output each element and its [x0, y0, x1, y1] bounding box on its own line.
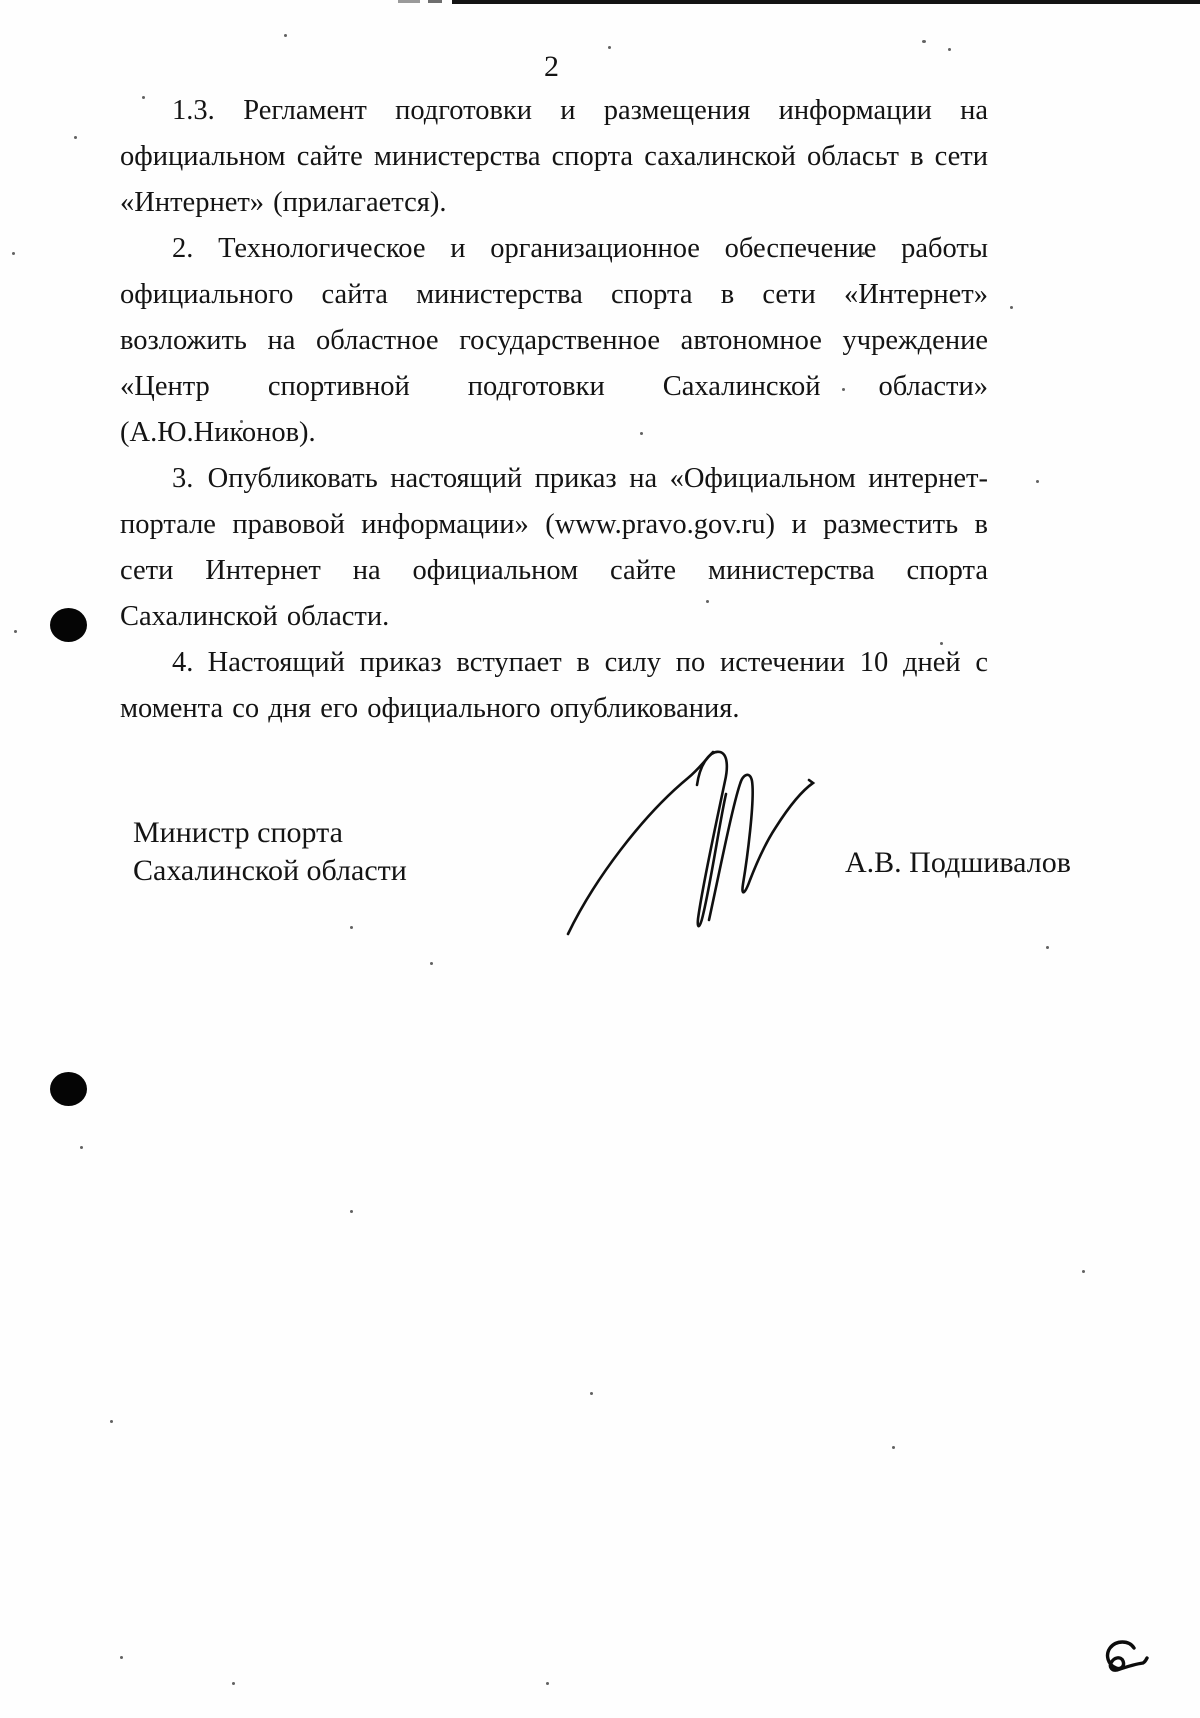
scan-speckle: [74, 136, 77, 139]
scan-speckle: [110, 1420, 113, 1423]
scan-speckle: [922, 40, 926, 43]
paragraph-3: 3. Опубликовать настоящий приказ на «Офи…: [120, 456, 988, 640]
scan-speckle: [142, 96, 145, 99]
scan-speckle: [12, 252, 15, 255]
scan-speckle: [762, 662, 765, 665]
paragraph-1-3: 1.3. Регламент подготовки и размещения и…: [120, 88, 988, 226]
punch-hole-mark: [50, 1072, 87, 1106]
scan-speckle: [608, 46, 611, 49]
signatory-title: Министр спорта Сахалинской области: [133, 814, 407, 890]
scan-speckle: [1046, 946, 1049, 949]
handwritten-page-number: [1098, 1638, 1152, 1684]
scan-speckle: [892, 1446, 895, 1449]
scan-edge-artifact: [398, 0, 420, 3]
scan-edge-artifact: [428, 0, 442, 3]
scan-speckle: [842, 388, 845, 391]
paragraph-4: 4. Настоящий приказ вступает в силу по и…: [120, 640, 988, 732]
scan-speckle: [120, 1656, 123, 1659]
scan-speckle: [1010, 306, 1013, 309]
scan-speckle: [232, 1682, 235, 1685]
signatory-name: А.В. Подшивалов: [845, 846, 1071, 880]
paragraph-2: 2. Технологическое и организационное обе…: [120, 226, 988, 456]
scan-speckle: [350, 1210, 353, 1213]
scan-speckle: [940, 642, 943, 645]
scan-speckle: [546, 1682, 549, 1685]
scanned-document-page: 2 1.3. Регламент подготовки и размещения…: [0, 0, 1200, 1718]
scan-speckle: [590, 1392, 593, 1395]
scan-speckle: [350, 926, 353, 929]
punch-hole-mark: [50, 608, 87, 642]
minister-signature-autograph: [550, 738, 820, 943]
scan-speckle: [640, 432, 643, 435]
scan-speckle: [1036, 480, 1039, 483]
page-number: 2: [0, 50, 1104, 84]
scan-speckle: [80, 1146, 83, 1149]
signatory-title-line2: Сахалинской области: [133, 852, 407, 890]
scan-speckle: [862, 252, 865, 255]
signatory-title-line1: Министр спорта: [133, 814, 407, 852]
scan-speckle: [14, 630, 17, 633]
scan-speckle: [706, 600, 709, 603]
scan-speckle: [240, 420, 243, 423]
scan-speckle: [1082, 1270, 1085, 1273]
scan-speckle: [284, 34, 287, 37]
scan-speckle: [948, 48, 951, 51]
scan-edge-artifact: [452, 0, 1200, 4]
document-body: 1.3. Регламент подготовки и размещения и…: [120, 88, 988, 732]
scan-speckle: [430, 962, 433, 965]
